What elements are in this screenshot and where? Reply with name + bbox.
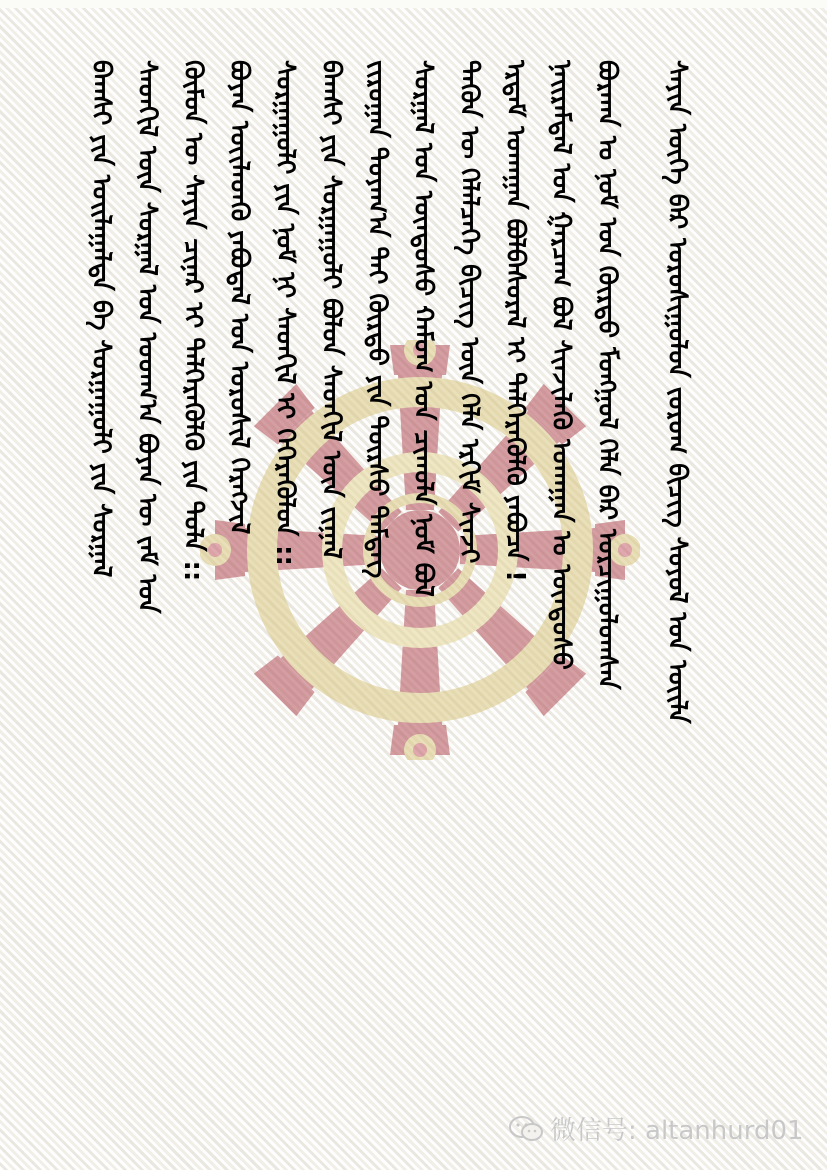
text-column: ᠪᠠᠭᠰᠢ ᠶᠢᠨ ᠣᠢᠯᠠᠭᠠᠯᠲᠠ ᠪᠠ ᠰᠤᠷᠭᠠᠭᠤᠯᠢ ᠶᠢᠨ ᠰᠤᠷ… [86, 60, 116, 1120]
watermark-text: 微信号: altanhurd01 [550, 1110, 804, 1147]
text-column: ᠰᠤᠷᠭᠠᠭᠤᠯᠢ ᠶᠢᠨ ᠨᠣᠮ ᠨᠢ ᠰᠡᠳᠬᠢᠯ ᠢ ᠭᠡᠭᠡᠷᠡᠭᠦᠯᠦ… [270, 60, 300, 1120]
text-column: ᠰᠤᠷᠭᠠᠯ ᠤᠨ ᠦᠨᠳᠦᠰᠦ ᠬᠠᠮᠤᠭ ᠤᠨ ᠴᠢᠬᠤᠯᠠ ᠨᠣᠮ ᠪᠣᠯ [408, 60, 438, 1120]
text-column: ᠵᠢᠷᠤᠭᠠᠨ ᠲᠤᠶᠠᠭ᠎ᠠ ᠲᠠᠢ ᠬᠦᠷᠳᠦ ᠶᠢᠨ ᠳᠦᠷᠰᠦ ᠲᠡᠮᠳ… [362, 60, 392, 1120]
text-column: ᠪᠠᠭᠰᠢ ᠶᠢᠨ ᠰᠤᠷᠭᠠᠭᠤᠯᠢ ᠪᠣᠯᠤᠨ ᠰᠡᠳᠬᠢᠯ ᠦᠨ ᠵᠢᠭᠠ… [316, 60, 346, 1120]
wechat-watermark: 微信号: altanhurd01 [508, 1110, 804, 1147]
text-column: ᠬᠦᠮᠦᠨ ᠦ ᠰᠠᠶᠢᠨ ᠴᠢᠨᠠᠷ ᠢ ᠳᠡᠯᠭᠡᠷᠡᠭᠦᠯᠬᠦ ᠶᠢᠨ ᠲ… [178, 60, 208, 1120]
text-column: ᠪᠤᠷᠬᠠᠨ ᠤ ᠨᠣᠮ ᠤᠨ ᠬᠦᠷᠳᠦ ᠮᠣᠩᠭᠣᠯ ᠬᠡᠯᠡ ᠪᠡᠷ ᠣᠷ… [592, 60, 622, 1120]
wechat-icon [508, 1115, 544, 1143]
text-column: ᠪᠤᠶᠠᠨ ᠦᠢᠯᠡᠳᠬᠦ ᠶᠠᠪᠤᠳᠠᠯ ᠤᠨ ᠤᠷᠤᠰᠢᠯ ᠬᠡᠷᠡᠭᠵᠢᠯ [224, 60, 254, 1120]
top-margin [0, 0, 827, 8]
text-column: ᠰᠠᠶᠢᠨ ᠦᠭᠡ ᠪᠡᠷ ᠣᠷᠣᠰᠢᠭᠤᠯᠤᠨ ᠵᠤᠷᠤᠭ ᠪᠢᠴᠢᠭ ᠰᠣᠶ… [662, 60, 692, 1120]
text-column: ᠨᠠᠢᠷᠠᠮᠳᠠᠯ ᠤᠨ ᠭᠠᠷᠴᠠᠭ ᠪᠣᠯ ᠰᠢᠨᠵᠢᠯᠡᠬᠦ ᠤᠬᠠᠭᠠᠨ… [546, 60, 576, 1120]
text-column: ᠰᠡᠳᠬᠢᠯ ᠦᠨ ᠰᠤᠷᠭᠠᠯ ᠤᠨ ᠤᠳᠬ᠎ᠠ ᠪᠤᠶᠠᠨ ᠦ ᠵᠠᠮ ᠤᠨ [132, 60, 162, 1120]
text-column: ᠡᠷᠳᠡᠮ ᠤᠬᠠᠭᠠᠨ ᠪᠣᠯᠪᠠᠰᠤᠷᠠᠯ ᠢ ᠳᠡᠯᠭᠡᠷᠡᠭᠦᠯᠬᠦ ᠶ… [500, 60, 530, 1120]
text-column: ᠲᠡᠭᠦᠨ ᠦ ᠬᠡᠯᠡᠯᠴᠡᠭᠡ ᠪᠢᠴᠢᠭ ᠦᠨ ᠬᠡᠯᠡ ᠡᠷᠬᠢᠮ ᠰᠢ… [454, 60, 484, 1120]
